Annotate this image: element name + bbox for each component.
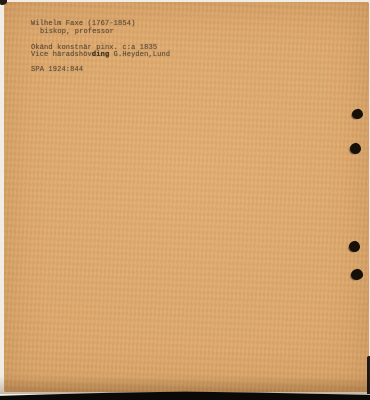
card-paper bbox=[4, 2, 369, 392]
caption-owner-prefix: Vice häradshöv bbox=[31, 51, 92, 59]
scanned-archive-card: Wilhelm Faxe (1767-1854) biskop, profess… bbox=[0, 0, 370, 400]
caption-name-line: Wilhelm Faxe (1767-1854) bbox=[31, 21, 135, 28]
caption-owner-overstruck: ding bbox=[92, 51, 109, 59]
card-bottom-shadow bbox=[0, 376, 370, 394]
caption-reference-line: SPA 1924:844 bbox=[31, 67, 83, 74]
caption-owner-suffix: G.Heyden,Lund bbox=[109, 51, 170, 59]
caption-title-line: biskop, professor bbox=[40, 29, 114, 36]
caption-owner-line: Vice häradshövding G.Heyden,Lund bbox=[31, 52, 170, 59]
